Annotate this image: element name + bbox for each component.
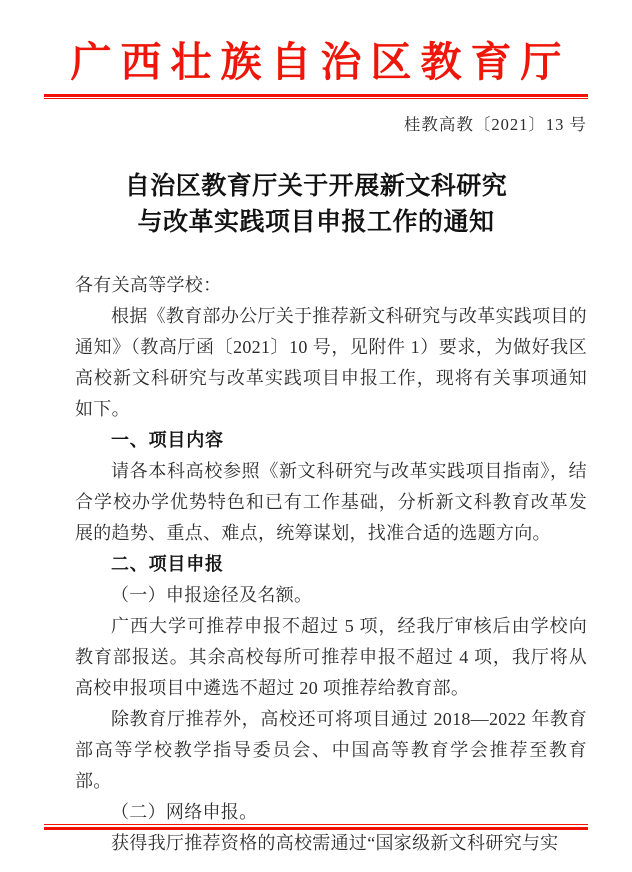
document-title-line2: 与改革实践项目申报工作的通知 — [0, 205, 632, 241]
letterhead-divider — [44, 94, 588, 99]
paragraph-online-detail-truncated: 获得我厅推荐资格的高校需通过“国家级新文科研究与实 — [75, 828, 587, 859]
letterhead-divider-thin-line — [44, 98, 588, 99]
document-body: 各有关高等学校： 根据《教育部办公厅关于推荐新文科研究与改革实践项目的通知》（教… — [75, 270, 587, 859]
paragraph-intro: 根据《教育部办公厅关于推荐新文科研究与改革实践项目的通知》（教高厅函〔2021〕… — [75, 301, 587, 425]
document-page: 广西壮族自治区教育厅 桂教高教〔2021〕13 号 自治区教育厅关于开展新文科研… — [0, 0, 632, 872]
salutation: 各有关高等学校： — [75, 270, 587, 301]
paragraph-other-recommendation: 除教育厅推荐外，高校还可将项目通过 2018—2022 年教育部高等学校教学指导… — [75, 704, 587, 797]
paragraph-project-content: 请各本科高校参照《新文科研究与改革实践项目指南》，结合学校办学优势特色和已有工作… — [75, 456, 587, 549]
sub-heading-application-quota: （一）申报途径及名额。 — [75, 580, 587, 611]
section-heading-2: 二、项目申报 — [75, 549, 587, 580]
document-title: 自治区教育厅关于开展新文科研究 与改革实践项目申报工作的通知 — [0, 169, 632, 241]
letterhead-org-name: 广西壮族自治区教育厅 — [0, 0, 632, 87]
section-heading-1: 一、项目内容 — [75, 425, 587, 456]
paragraph-quota-detail: 广西大学可推荐申报不超过 5 项，经我厅审核后由学校向教育部报送。其余高校每所可… — [75, 611, 587, 704]
doc-number: 桂教高教〔2021〕13 号 — [0, 114, 587, 136]
page-bottom-divider-thick-line — [44, 827, 588, 830]
page-bottom-divider — [44, 824, 588, 830]
document-title-line1: 自治区教育厅关于开展新文科研究 — [0, 169, 632, 205]
